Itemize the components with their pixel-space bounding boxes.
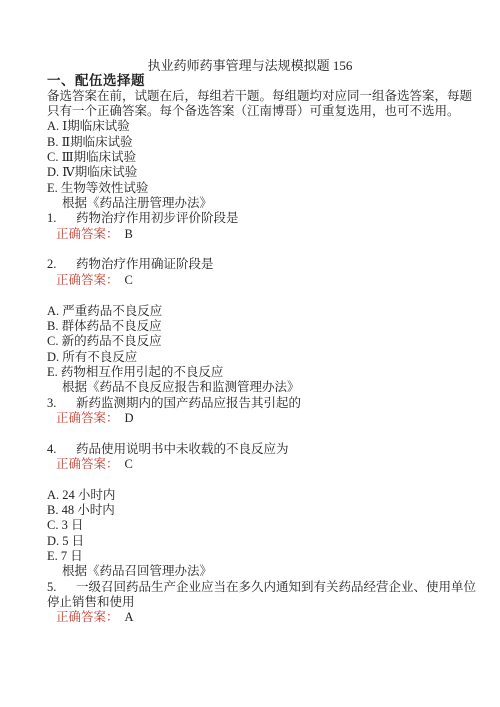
question-number: 5.	[47, 580, 76, 595]
question-text: 药物治疗作用确证阶段是	[76, 257, 214, 271]
question-number: 2.	[47, 257, 76, 272]
answer-value: C	[125, 273, 133, 287]
question-text: 药品使用说明书中未收载的不良反应为	[76, 442, 289, 456]
ref-line: 根据《药品不良反应报告和监测管理办法》	[47, 380, 470, 395]
ref-line: 根据《药品召回管理办法》	[47, 564, 470, 579]
answer-line: 正确答案：C	[47, 273, 470, 288]
option-line: D. Ⅳ期临床试验	[47, 165, 470, 180]
question-text: 一级召回药品生产企业应当在多久内通知到有关药品经营企业、使用单位	[76, 580, 476, 594]
question-line: 3.新药监测期内的国产药品应报告其引起的	[47, 396, 470, 411]
question-text: 新药监测期内的国产药品应报告其引起的	[76, 396, 301, 410]
option-line: A. 24 小时内	[47, 488, 470, 503]
option-line: C. 新的药品不良反应	[47, 334, 470, 349]
blank-line	[47, 288, 470, 303]
option-line: D. 所有不良反应	[47, 350, 470, 365]
option-line: C. 3 日	[47, 518, 470, 533]
question-line: 5.一级召回药品生产企业应当在多久内通知到有关药品经营企业、使用单位	[47, 580, 470, 595]
intro-line: 只有一个正确答案。每个备选答案（江南博哥）可重复选用，也可不选用。	[47, 104, 470, 119]
blank-line	[47, 472, 470, 487]
answer-value: A	[125, 610, 134, 624]
option-line: E. 生物等效性试验	[47, 181, 470, 196]
answer-label: 正确答案：	[56, 411, 119, 425]
answer-line: 正确答案：B	[47, 227, 470, 242]
answer-label: 正确答案：	[56, 610, 119, 624]
question-continuation-line: 停止销售和使用	[47, 595, 470, 610]
answer-line: 正确答案：D	[47, 411, 470, 426]
answer-value: C	[125, 457, 133, 471]
option-line: D. 5 日	[47, 534, 470, 549]
question-line: 1.药物治疗作用初步评价阶段是	[47, 211, 470, 226]
document-content: 执业药师药事管理与法规模拟题 156一、配伍选择题备选答案在前，试题在后，每组若…	[0, 0, 500, 626]
ref-line: 根据《药品注册管理办法》	[47, 196, 470, 211]
answer-line: 正确答案：A	[47, 610, 470, 625]
doc-title: 执业药师药事管理与法规模拟题 156	[0, 58, 500, 73]
option-line: B. Ⅱ期临床试验	[47, 135, 470, 150]
blank-line	[47, 426, 470, 441]
option-line: A. Ⅰ期临床试验	[47, 119, 470, 134]
option-line: B. 群体药品不良反应	[47, 319, 470, 334]
option-line: C. Ⅲ期临床试验	[47, 150, 470, 165]
option-line: E. 药物相互作用引起的不良反应	[47, 365, 470, 380]
section-heading: 一、配伍选择题	[47, 73, 470, 88]
answer-label: 正确答案：	[56, 273, 119, 287]
question-number: 4.	[47, 442, 76, 457]
intro-line: 备选答案在前，试题在后，每组若干题。每组题均对应同一组备选答案，每题	[47, 89, 470, 104]
option-line: A. 严重药品不良反应	[47, 304, 470, 319]
blank-line	[47, 242, 470, 257]
answer-value: D	[125, 411, 134, 425]
question-number: 1.	[47, 211, 76, 226]
answer-line: 正确答案：C	[47, 457, 470, 472]
question-line: 4.药品使用说明书中未收载的不良反应为	[47, 442, 470, 457]
question-line: 2.药物治疗作用确证阶段是	[47, 257, 470, 272]
question-text: 药物治疗作用初步评价阶段是	[76, 211, 239, 225]
answer-value: B	[125, 227, 133, 241]
answer-label: 正确答案：	[56, 227, 119, 241]
question-number: 3.	[47, 396, 76, 411]
answer-label: 正确答案：	[56, 457, 119, 471]
option-line: B. 48 小时内	[47, 503, 470, 518]
document-page: 执业药师药事管理与法规模拟题 156一、配伍选择题备选答案在前，试题在后，每组若…	[0, 0, 500, 707]
option-line: E. 7 日	[47, 549, 470, 564]
